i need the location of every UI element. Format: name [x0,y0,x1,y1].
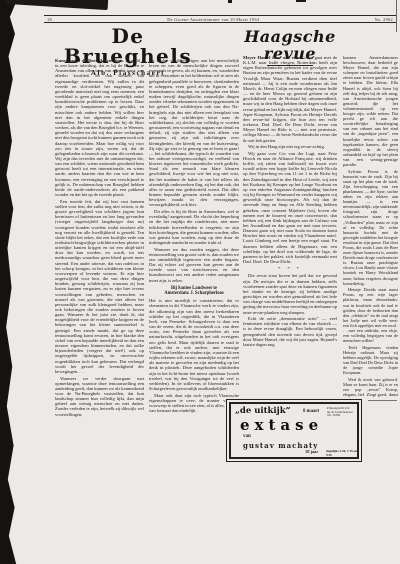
subhead-line: Bij Santee Landweer te [171,286,217,291]
scan-shadow-left-band [0,0,17,564]
cinema-ad-box: „de uitkijk” 8 maart Prinsengracht 452 b… [226,399,362,462]
body-paragraph: het is den schilders eigen aan het mensc… [149,58,239,208]
ad-age-rating: 18 jaar [305,449,318,454]
body-paragraph: Wij in den Haag zijn niet erg revue-acht… [243,144,337,149]
section-subhead: Bij Santee Landweer te Amsterdam: J. Sch… [149,286,239,297]
column-1: Kunsthandel de Boer, Amsterdam. Ik meld … [55,58,144,548]
body-paragraph: Meyer Hamel is er ook een. Colijn gaat m… [243,55,337,143]
cinema-ad-inner-frame: „de uitkijk” 8 maart Prinsengracht 452 b… [229,402,359,459]
paragraph-text: Colijn gaat met de K.L.M. naar Indië vli… [243,55,337,143]
body-paragraph: Die revue staat boven het peil dat we ge… [243,273,337,314]
body-paragraph: Een tweede feit, dat wij hier vast kunne… [55,199,144,374]
issue-number: No. 2962 [375,17,393,22]
ad-address: Prinsengracht 452 bij de Leidschestraat … [327,407,353,418]
body-paragraph: Teeft Hagenaars vinden Heintje ordinair.… [343,345,398,376]
scan-speck [228,0,232,3]
asterisk-separator: * * * [243,266,337,271]
ad-cinema-name: „de uitkijk” [235,406,291,416]
body-paragraph: Echt de zotte „demonstratie actie” — vee… [243,316,337,347]
scan-speck [86,0,98,4]
subhead-line: Amsterdam: J. Scharpherloos [164,291,224,296]
ad-phone: Tel. 31684 [327,413,340,417]
body-paragraph: Wanneer we dus zouden zeggen, dat deze t… [149,247,239,283]
newspaper-page: 18 De Groene Amsterdammer van 10 Maart 1… [0,0,400,564]
scan-speck [296,0,306,2]
body-paragraph: Sylvain Poons is de humorist van de zaak… [343,169,398,286]
body-paragraph: Kunsthandel de Boer, Amsterdam. Ik meld … [55,58,144,197]
ad-film-title: extase [240,416,323,434]
scan-edge-line [396,0,397,32]
column-4: kunnen Amsterdammers beschouwen, daar be… [343,55,398,397]
body-paragraph: Wanneer we verder doorgaan met opmerking… [55,376,144,417]
body-paragraph: Het is niet moeilijk te constateeren, da… [149,298,239,391]
body-paragraph: Wed ik nooit van gehoord. Maar ze komt h… [343,377,398,397]
body-paragraph: Dit alles is bij de Boer in Amsterdam, w… [149,209,239,245]
ad-byline: van [243,434,251,439]
body-paragraph: kunnen Amsterdammers beschouwen, daar be… [343,55,398,167]
masthead: 18 De Groene Amsterdammer van 10 Maart 1… [44,15,396,23]
masthead-title: De Groene Amsterdammer van 10 Maart 1934 [167,17,259,22]
body-paragraph: Wij gaan voor Cor van der Lugt, naar Fri… [243,151,337,264]
rule-beside-ad [368,400,397,401]
body-paragraph: Heintje Davids staat naast Poons, op een… [343,287,398,343]
paragraph-text: Ik meld u in een korte inleiding, dat er… [55,58,144,197]
ad-showtimes: dagelijks 2.30, 7.15 en 9.30 [326,449,357,457]
ad-premiere-date: 8 maart [303,409,319,414]
column-3: Meyer Hamel is er ook een. Colijn gaat m… [243,55,337,397]
page-number: 18 [47,17,52,22]
